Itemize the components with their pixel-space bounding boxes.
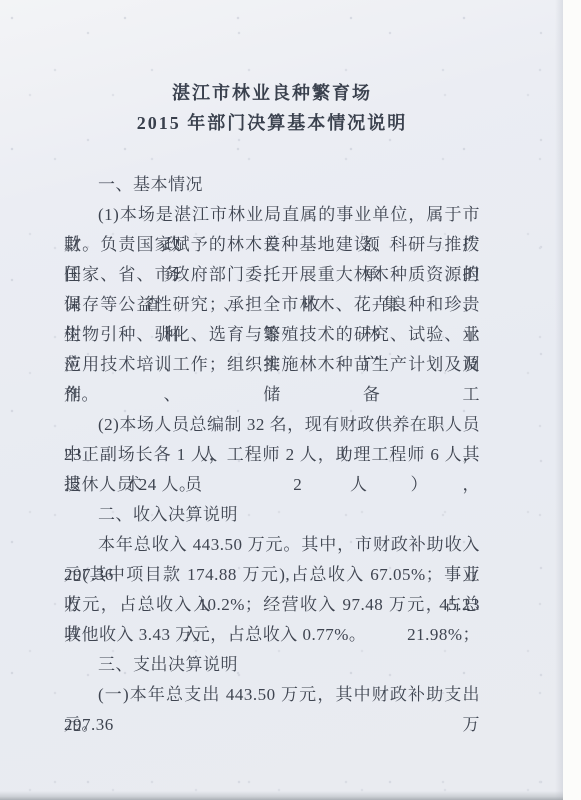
paragraph-line: 本年总收入 443.50 万元。其中，市财政补助收入 297.36 万 bbox=[64, 530, 480, 560]
section-heading: 三、支出决算说明 bbox=[64, 650, 480, 680]
paragraph-line: 保存等公益性研究；承担全市林木、花卉良种和珍贵树种等林业 bbox=[64, 290, 480, 320]
paragraph-line: 元(其中项目款 174.88 万元),占总收入 67.05%；事业收入 45.2… bbox=[64, 560, 480, 590]
paragraph-line: 国家、省、市政府部门委托开展重大林木种质资源的调查、收集、 bbox=[64, 260, 480, 290]
paragraph-line: (1)本场是湛江市林业局直属的事业单位，属于市财政差额拨 bbox=[64, 200, 480, 230]
paragraph-line: 生物引种、驯化、选育与繁殖技术的研究、试验、示范、推广及 bbox=[64, 320, 480, 350]
doc-title: 湛江市林业良种繁育场 bbox=[64, 78, 480, 108]
scanned-document-page: 湛江市林业良种繁育场 2015 年部门决算基本情况说明 一、基本情况(1)本场是… bbox=[0, 0, 581, 800]
section-heading: 二、收入决算说明 bbox=[64, 500, 480, 530]
paragraph-line: 中正副场长各 1 人，工程师 2 人，助理工程师 6 人，技术员 2 人）， bbox=[64, 440, 480, 470]
paragraph-line: 万元，占总收入 10.2%；经营收入 97.48 万元，占总收入 21.98%； bbox=[64, 590, 480, 620]
paragraph-line: 款。负责国家赋予的林木良种基地建设、科研与推广任务；承担 bbox=[64, 230, 480, 260]
document-content: 湛江市林业良种繁育场 2015 年部门决算基本情况说明 一、基本情况(1)本场是… bbox=[64, 78, 480, 740]
paragraph-line: (2)本场人员总编制 32 名，现有财政供养在职人员 23 人（其 bbox=[64, 410, 480, 440]
doc-subtitle: 2015 年部门决算基本情况说明 bbox=[64, 108, 480, 138]
page-bottom-scan-shadow bbox=[0, 791, 563, 800]
paper-sheet: 湛江市林业良种繁育场 2015 年部门决算基本情况说明 一、基本情况(1)本场是… bbox=[0, 0, 563, 800]
document-body: 一、基本情况(1)本场是湛江市林业局直属的事业单位，属于市财政差额拨款。负责国家… bbox=[64, 170, 480, 740]
section-heading: 一、基本情况 bbox=[64, 170, 480, 200]
paragraph-line: 应用技术培训工作；组织实施林木种苗生产计划及调剂、储备工 bbox=[64, 350, 480, 380]
paragraph-line: (一)本年总支出 443.50 万元，其中财政补助支出 297.36 万 bbox=[64, 680, 480, 710]
scanner-background-strip bbox=[563, 0, 581, 800]
